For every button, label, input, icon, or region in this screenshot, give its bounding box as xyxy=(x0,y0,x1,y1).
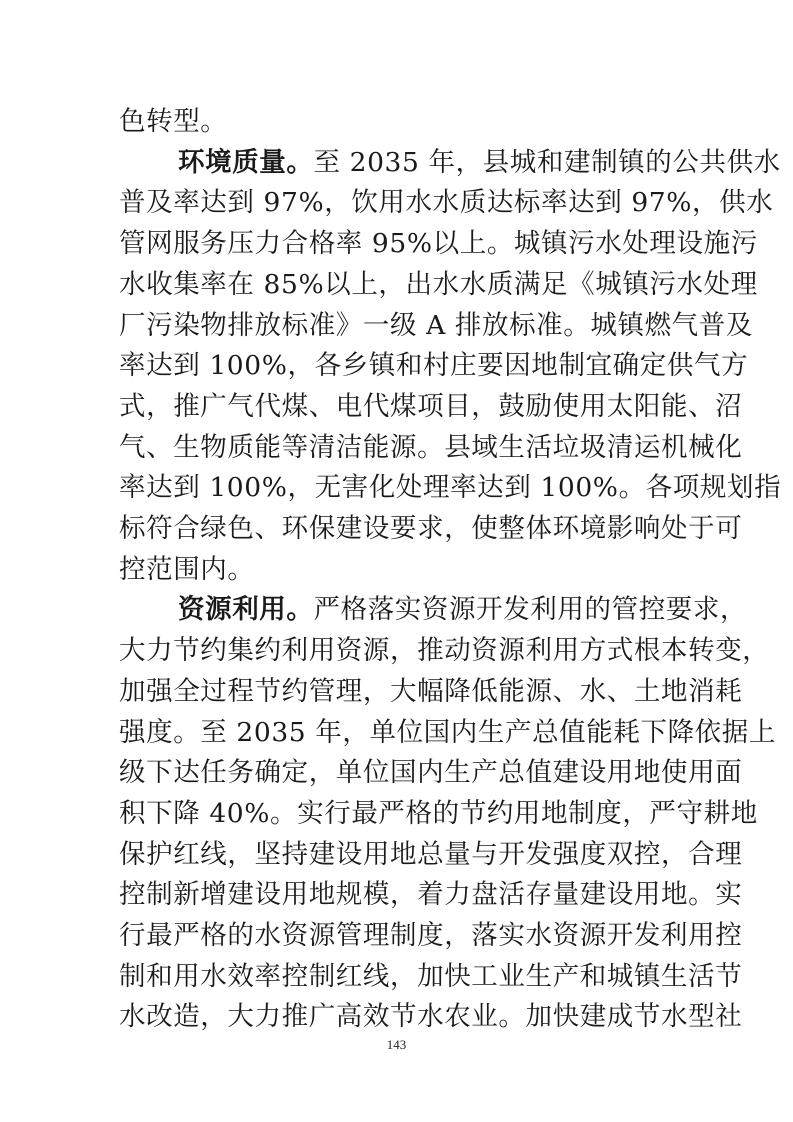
text-line: 控制新增建设用地规模，着力盘活存量建设用地。实 xyxy=(119,877,675,913)
paragraph-heading: 环境质量。 xyxy=(178,147,314,178)
line-text: 级下达任务确定，单位国内生产总值建设用地使用面 xyxy=(119,757,742,788)
text-line: 级下达任务确定，单位国内生产总值建设用地使用面 xyxy=(119,755,675,791)
line-text: 气、生物质能等清洁能源。县域生活垃圾清运机械化 xyxy=(119,432,742,463)
line-text: 严格落实资源开发利用的管控要求， xyxy=(314,594,748,625)
line-text: 保护红线，坚持建设用地总量与开发强度双控，合理 xyxy=(119,839,742,870)
text-line: 积下降 40%。实行最严格的节约用地制度，严守耕地 xyxy=(119,796,675,832)
document-page: 色转型。环境质量。至 2035 年，县城和建制镇的公共供水普及率达到 97%，饮… xyxy=(0,0,793,1122)
page-number: 143 xyxy=(0,1037,793,1053)
line-text: 水改造，大力推广高效节水农业。加快建成节水型社 xyxy=(119,1001,742,1032)
paragraph-heading-line: 环境质量。至 2035 年，县城和建制镇的公共供水 xyxy=(178,145,675,181)
paragraph-heading-line: 资源利用。严格落实资源开发利用的管控要求， xyxy=(178,592,675,628)
line-text: 大力节约集约利用资源，推动资源利用方式根本转变， xyxy=(119,635,769,666)
text-line: 水改造，大力推广高效节水农业。加快建成节水型社 xyxy=(119,999,675,1035)
line-text: 厂污染物排放标准》一级 A 排放标准。城镇燃气普及 xyxy=(119,310,753,341)
line-text: 率达到 100%，各乡镇和村庄要因地制宜确定供气方 xyxy=(119,350,748,381)
text-line: 制和用水效率控制红线，加快工业生产和城镇生活节 xyxy=(119,959,675,995)
text-line: 行最严格的水资源管理制度，落实水资源开发利用控 xyxy=(119,918,675,954)
text-line: 控范围内。 xyxy=(119,552,675,588)
text-line: 管网服务压力合格率 95%以上。城镇污水处理设施污 xyxy=(119,226,675,262)
paragraph-heading: 资源利用。 xyxy=(178,594,314,625)
line-text: 率达到 100%，无害化处理率达到 100%。各项规划指 xyxy=(119,472,781,503)
text-line: 率达到 100%，无害化处理率达到 100%。各项规划指 xyxy=(119,470,675,506)
text-line: 加强全过程节约管理，大幅降低能源、水、土地消耗 xyxy=(119,674,675,710)
line-text: 制和用水效率控制红线，加快工业生产和城镇生活节 xyxy=(119,961,742,992)
line-text: 水收集率在 85%以上，出水水质满足《城镇污水处理 xyxy=(119,269,758,300)
text-line: 大力节约集约利用资源，推动资源利用方式根本转变， xyxy=(119,633,675,669)
line-text: 管网服务压力合格率 95%以上。城镇污水处理设施污 xyxy=(119,228,758,259)
text-line: 色转型。 xyxy=(119,104,675,140)
text-line: 厂污染物排放标准》一级 A 排放标准。城镇燃气普及 xyxy=(119,308,675,344)
line-text: 色转型。 xyxy=(119,106,227,137)
line-text: 加强全过程节约管理，大幅降低能源、水、土地消耗 xyxy=(119,676,742,707)
text-line: 强度。至 2035 年，单位国内生产总值能耗下降依据上 xyxy=(119,715,675,751)
line-text: 积下降 40%。实行最严格的节约用地制度，严守耕地 xyxy=(119,798,758,829)
text-line: 普及率达到 97%，饮用水水质达标率达到 97%，供水 xyxy=(119,185,675,221)
text-line: 保护红线，坚持建设用地总量与开发强度双控，合理 xyxy=(119,837,675,873)
text-line: 标符合绿色、环保建设要求，使整体环境影响处于可 xyxy=(119,511,675,547)
line-text: 普及率达到 97%，饮用水水质达标率达到 97%，供水 xyxy=(119,187,773,218)
text-line: 式，推广气代煤、电代煤项目，鼓励使用太阳能、沼 xyxy=(119,389,675,425)
line-text: 控制新增建设用地规模，着力盘活存量建设用地。实 xyxy=(119,879,742,910)
text-line: 气、生物质能等清洁能源。县域生活垃圾清运机械化 xyxy=(119,430,675,466)
text-line: 率达到 100%，各乡镇和村庄要因地制宜确定供气方 xyxy=(119,348,675,384)
line-text: 标符合绿色、环保建设要求，使整体环境影响处于可 xyxy=(119,513,742,544)
line-text: 控范围内。 xyxy=(119,554,255,585)
text-line: 水收集率在 85%以上，出水水质满足《城镇污水处理 xyxy=(119,267,675,303)
line-text: 行最严格的水资源管理制度，落实水资源开发利用控 xyxy=(119,920,742,951)
line-text: 式，推广气代煤、电代煤项目，鼓励使用太阳能、沼 xyxy=(119,391,742,422)
line-text: 强度。至 2035 年，单位国内生产总值能耗下降依据上 xyxy=(119,717,776,748)
line-text: 至 2035 年，县城和建制镇的公共供水 xyxy=(314,147,781,178)
